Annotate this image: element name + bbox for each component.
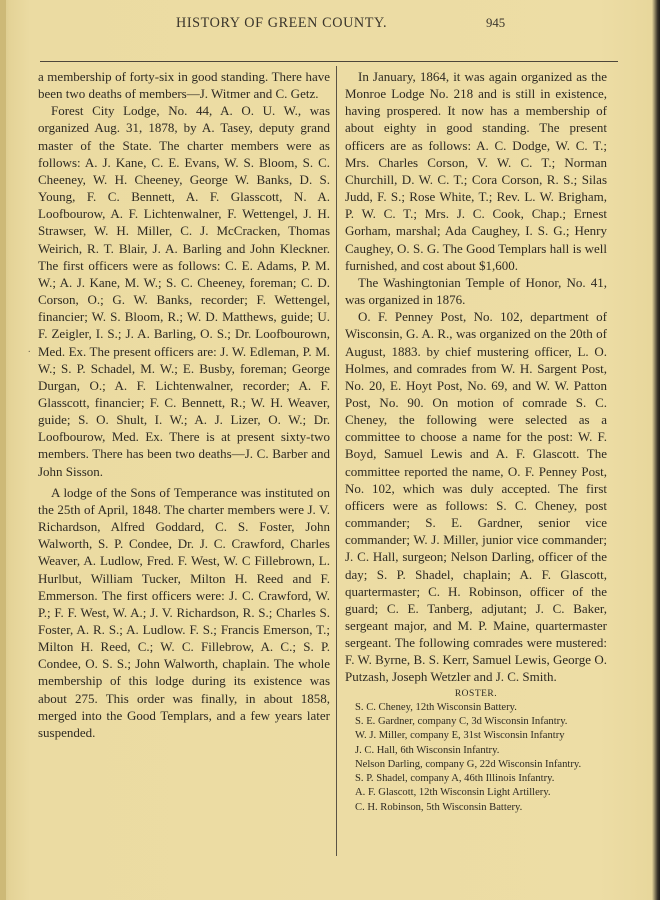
roster-entry: Nelson Darling, company G, 22d Wisconsin… xyxy=(345,758,607,772)
page-gutter-shadow xyxy=(0,0,6,900)
paragraph-sons-of-temperance: A lodge of the Sons of Temperance was in… xyxy=(38,484,330,741)
paragraph-temple-of-honor: The Washingtonian Temple of Honor, No. 4… xyxy=(345,274,607,308)
left-column: a membership of forty-six in good standi… xyxy=(38,68,330,741)
column-divider xyxy=(336,66,337,856)
roster-entry: C. H. Robinson, 5th Wisconsin Battery. xyxy=(345,801,607,815)
roster-entry: S. C. Cheney, 12th Wisconsin Battery. xyxy=(345,701,607,715)
roster-entry: W. J. Miller, company E, 31st Wisconsin … xyxy=(345,729,607,743)
book-page: HISTORY OF GREEN COUNTY. 945 . a members… xyxy=(0,0,660,900)
roster-entry: J. C. Hall, 6th Wisconsin Infantry. xyxy=(345,744,607,758)
paragraph-monroe-lodge: In January, 1864, it was again organized… xyxy=(345,68,607,274)
running-title: HISTORY OF GREEN COUNTY. xyxy=(176,15,387,32)
roster-list: S. C. Cheney, 12th Wisconsin Battery. S.… xyxy=(345,701,607,815)
page-edge-shadow xyxy=(652,0,660,900)
page-number: 945 xyxy=(486,16,505,31)
roster-heading: ROSTER. xyxy=(345,688,607,701)
header-rule xyxy=(40,61,618,62)
stray-print-mark: . xyxy=(28,344,31,355)
roster-entry: A. F. Glascott, 12th Wisconsin Light Art… xyxy=(345,786,607,800)
running-header: HISTORY OF GREEN COUNTY. 945 xyxy=(0,15,660,37)
paragraph-forest-city-lodge: Forest City Lodge, No. 44, A. O. U. W., … xyxy=(38,102,330,479)
paragraph-continuation: a membership of forty-six in good standi… xyxy=(38,68,330,102)
paragraph-penney-post: O. F. Penney Post, No. 102, department o… xyxy=(345,308,607,685)
right-column: In January, 1864, it was again organized… xyxy=(345,68,607,815)
roster-entry: S. P. Shadel, company A, 46th Illinois I… xyxy=(345,772,607,786)
roster-entry: S. E. Gardner, company C, 3d Wisconsin I… xyxy=(345,715,607,729)
